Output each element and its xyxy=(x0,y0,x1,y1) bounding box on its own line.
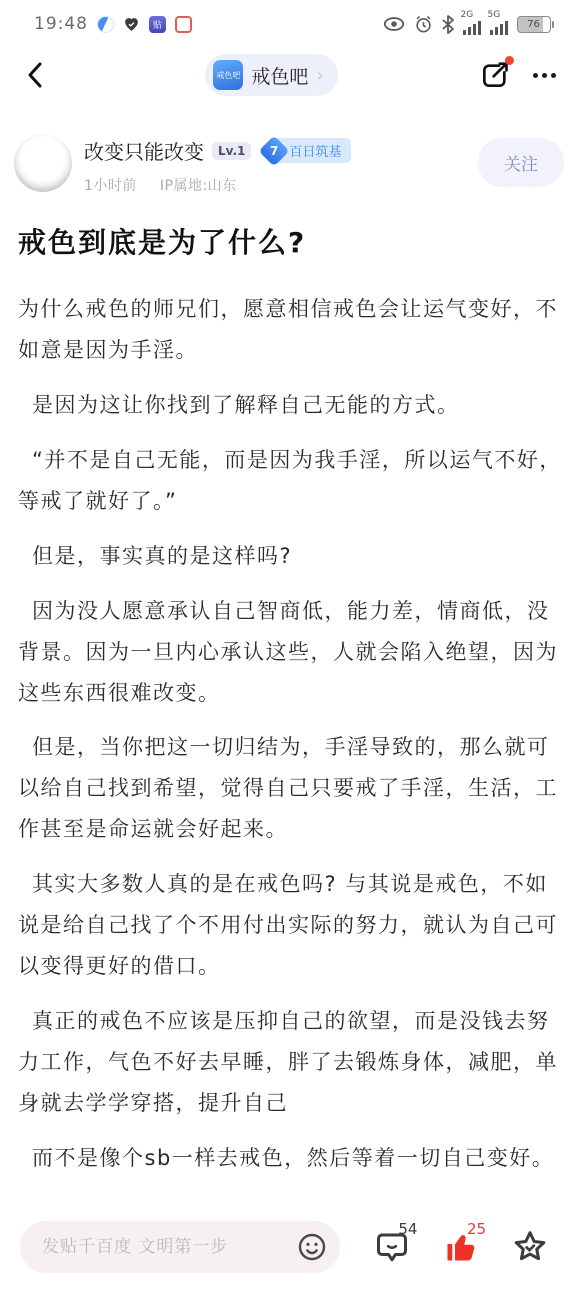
emoji-icon[interactable] xyxy=(296,1231,328,1263)
follow-button[interactable]: 关注 xyxy=(478,138,564,187)
comment-count: 54 xyxy=(398,1220,417,1238)
forum-avatar-icon: 戒色吧 xyxy=(213,60,243,90)
paragraph: 是因为这让你找到了解释自己无能的方式。 xyxy=(18,385,562,426)
like-count: 25 xyxy=(467,1220,486,1238)
post-header: 改变只能改变 Lv.1 7 百日筑基 1小时前 IP属地:山东 关注 xyxy=(14,134,564,195)
back-button[interactable] xyxy=(24,55,64,95)
battery-indicator: 76 xyxy=(517,16,555,33)
star-icon xyxy=(512,1229,548,1265)
alarm-icon xyxy=(414,15,433,34)
paragraph: 真正的戒色不应该是压抑自己的欲望，而是没钱去努力工作，气色不好去早睡，胖了去锻炼… xyxy=(18,1001,562,1124)
post-title: 戒色到底是为了什么? xyxy=(18,221,562,261)
tieba-app-notification-icon: 贴 xyxy=(149,16,166,33)
moon-notification-icon xyxy=(97,16,114,33)
paragraph: “并不是自己无能，而是因为我手淫，所以运气不好，等戒了就好了。” xyxy=(18,440,562,522)
post-body: 为什么戒色的师兄们，愿意相信戒色会让运气变好，不如意是因为手淫。 是因为这让你找… xyxy=(18,289,562,1179)
chevron-right-icon: › xyxy=(316,65,323,86)
red-app-notification-icon xyxy=(175,16,192,33)
ip-location: IP属地:山东 xyxy=(160,178,237,194)
notification-dot xyxy=(505,56,514,65)
forum-chip[interactable]: 戒色吧 戒色吧 › xyxy=(205,54,337,96)
username[interactable]: 改变只能改变 xyxy=(84,136,204,165)
eye-protection-icon xyxy=(383,16,405,32)
paragraph: 而不是像个sb一样去戒色，然后等着一切自己变好。 xyxy=(18,1138,562,1179)
clock-text: 19:48 xyxy=(34,14,88,34)
more-button[interactable] xyxy=(533,67,556,84)
bluetooth-icon xyxy=(442,15,454,34)
avatar[interactable] xyxy=(14,134,72,192)
status-bar: 19:48 贴 2G 5G xyxy=(0,0,580,42)
rank-badge: 7 百日筑基 xyxy=(263,138,351,163)
paragraph: 其实大多数人真的是在戒色吗? 与其说是戒色，不如说是给自己找了个不用付出实际的努… xyxy=(18,864,562,987)
paragraph: 但是，事实真的是这样吗? xyxy=(18,536,562,577)
level-badge: Lv.1 xyxy=(212,142,251,160)
paragraph: 因为没人愿意承认自己智商低，能力差，情商低，没背景。因为一旦内心承认这些，人就会… xyxy=(18,591,562,714)
reply-input[interactable] xyxy=(20,1221,340,1273)
signal-sim1-icon: 2G xyxy=(463,13,481,35)
share-button[interactable] xyxy=(479,59,511,91)
paragraph: 但是，当你把这一切归结为，手淫导致的，那么就可以给自己找到希望，觉得自己只要戒了… xyxy=(18,727,562,850)
reply-pill xyxy=(20,1221,340,1273)
heart-notification-icon xyxy=(123,16,140,33)
tieba-post-screen: 19:48 贴 2G 5G xyxy=(0,0,580,1289)
comment-button[interactable]: 54 xyxy=(374,1229,410,1265)
time-ago: 1小时前 xyxy=(84,178,137,194)
bottom-bar: 54 25 xyxy=(0,1213,580,1289)
nav-bar: 戒色吧 戒色吧 › xyxy=(0,42,580,108)
paragraph: 为什么戒色的师兄们，愿意相信戒色会让运气变好，不如意是因为手淫。 xyxy=(18,289,562,371)
favorite-button[interactable] xyxy=(512,1229,548,1265)
like-button[interactable]: 25 xyxy=(443,1229,479,1265)
forum-name: 戒色吧 xyxy=(251,62,308,89)
post-meta: 1小时前 IP属地:山东 xyxy=(84,175,478,195)
signal-sim2-icon: 5G xyxy=(490,13,508,35)
